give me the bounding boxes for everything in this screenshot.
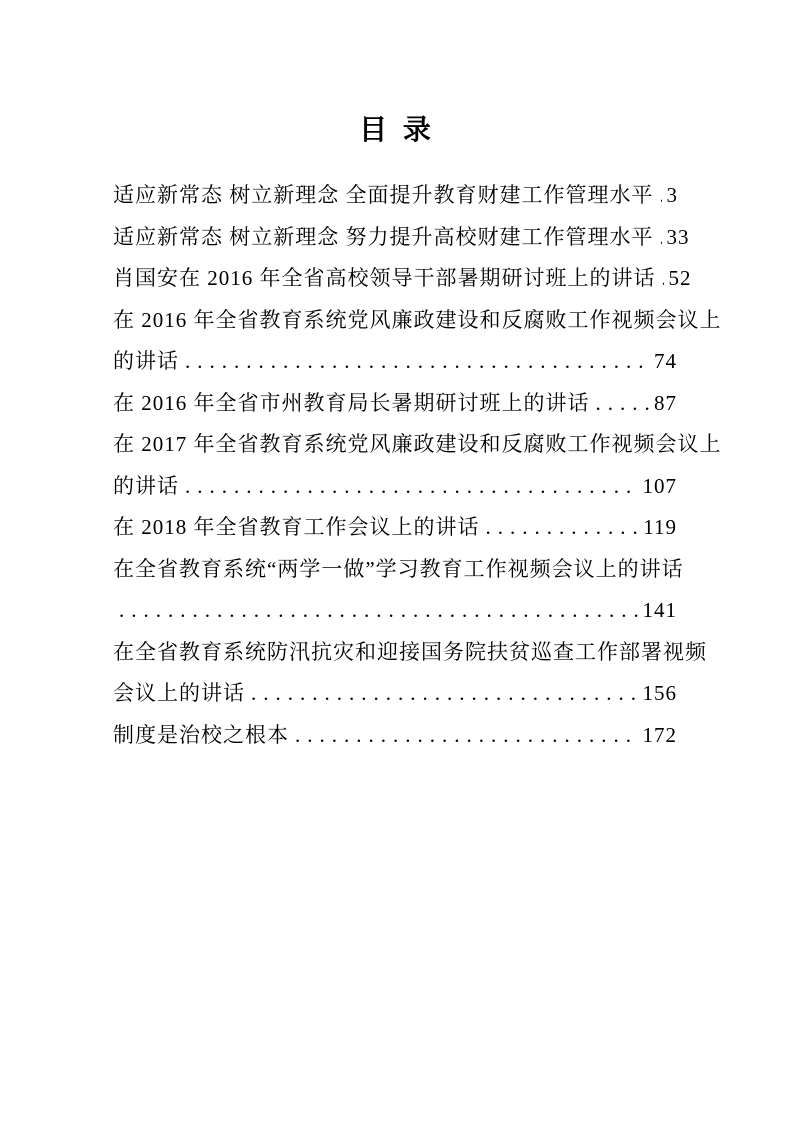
toc-line: 会议上的讲话..................................… <box>113 673 677 715</box>
document-page: 目 录 适应新常态 树立新理念 全面提升教育财建工作管理水平..........… <box>0 0 793 1122</box>
toc-entry-text: 制度是治校之根本 <box>113 715 289 757</box>
toc-line: 在全省教育系统防汛抗灾和迎接国务院扶贫巡查工作部署视频 <box>113 632 677 674</box>
toc-entry-text: 在 2018 年全省教育工作会议上的讲话 <box>113 507 480 549</box>
toc-line: 的讲话.....................................… <box>113 466 677 508</box>
toc-leader-dots: ........................................… <box>654 175 662 217</box>
toc-line: 制度是治校之根本................................… <box>113 715 677 757</box>
toc-entry-text: 会议上的讲话 <box>113 673 245 715</box>
toc-leader-dots: ........................................… <box>179 466 638 508</box>
toc-entry-text: 的讲话 <box>113 341 179 383</box>
toc-leader-dots: ........................................… <box>289 715 638 757</box>
toc-line: 在 2017 年全省教育系统党风廉政建设和反腐败工作视频会议上 <box>113 424 677 466</box>
toc-line: 肖国安在 2016 年全省高校领导干部暑期研讨班上的讲话............… <box>113 258 677 300</box>
toc-page-number: 3 <box>662 175 679 217</box>
toc-entry-text: 在 2016 年全省教育系统党风廉政建设和反腐败工作视频会议上 <box>113 300 722 342</box>
toc-page-number: 172 <box>638 715 678 757</box>
toc-entry-text: 在 2017 年全省教育系统党风廉政建设和反腐败工作视频会议上 <box>113 424 722 466</box>
toc-entry-text: 的讲话 <box>113 466 179 508</box>
toc-page-number: 74 <box>649 341 677 383</box>
toc-leader-dots: ........................................… <box>590 383 650 425</box>
toc-entry-text: 在全省教育系统“两学一做”学习教育工作视频会议上的讲话 <box>113 549 684 591</box>
toc-page-number: 156 <box>638 673 678 715</box>
toc-line: 的讲话.....................................… <box>113 341 677 383</box>
toc-leader-dots: ........................................… <box>480 507 639 549</box>
toc-line: 适应新常态 树立新理念 全面提升教育财建工作管理水平..............… <box>113 175 677 217</box>
toc-line: 在 2016 年全省市州教育局长暑期研讨班上的讲话...............… <box>113 383 677 425</box>
toc-leader-dots: ........................................… <box>654 217 662 259</box>
toc-leader-dots: ........................................… <box>656 258 664 300</box>
toc-page-number: 52 <box>664 258 692 300</box>
toc-line: 在 2016 年全省教育系统党风廉政建设和反腐败工作视频会议上 <box>113 300 677 342</box>
toc-entry-text: 在全省教育系统防汛抗灾和迎接国务院扶贫巡查工作部署视频 <box>113 632 707 674</box>
toc-entry-text: 适应新常态 树立新理念 全面提升教育财建工作管理水平 <box>113 175 654 217</box>
toc-leader-dots: ........................................… <box>113 590 638 632</box>
toc-line: 在全省教育系统“两学一做”学习教育工作视频会议上的讲话 <box>113 549 677 591</box>
toc-entry-text: 适应新常态 树立新理念 努力提升高校财建工作管理水平 <box>113 217 654 259</box>
toc-page-number: 107 <box>638 466 678 508</box>
toc-line: ........................................… <box>113 590 677 632</box>
toc-entry-text: 肖国安在 2016 年全省高校领导干部暑期研讨班上的讲话 <box>113 258 656 300</box>
toc-list: 适应新常态 树立新理念 全面提升教育财建工作管理水平..............… <box>113 175 677 756</box>
toc-entry-text: 在 2016 年全省市州教育局长暑期研讨班上的讲话 <box>113 383 590 425</box>
toc-leader-dots: ........................................… <box>245 673 638 715</box>
toc-page-number: 87 <box>649 383 677 425</box>
toc-line: 在 2018 年全省教育工作会议上的讲话....................… <box>113 507 677 549</box>
toc-page-number: 119 <box>638 507 677 549</box>
toc-leader-dots: ........................................… <box>179 341 649 383</box>
toc-page-number: 33 <box>662 217 690 259</box>
toc-title: 目 录 <box>113 108 677 152</box>
toc-line: 适应新常态 树立新理念 努力提升高校财建工作管理水平..............… <box>113 217 677 259</box>
toc-page-number: 141 <box>638 590 678 632</box>
